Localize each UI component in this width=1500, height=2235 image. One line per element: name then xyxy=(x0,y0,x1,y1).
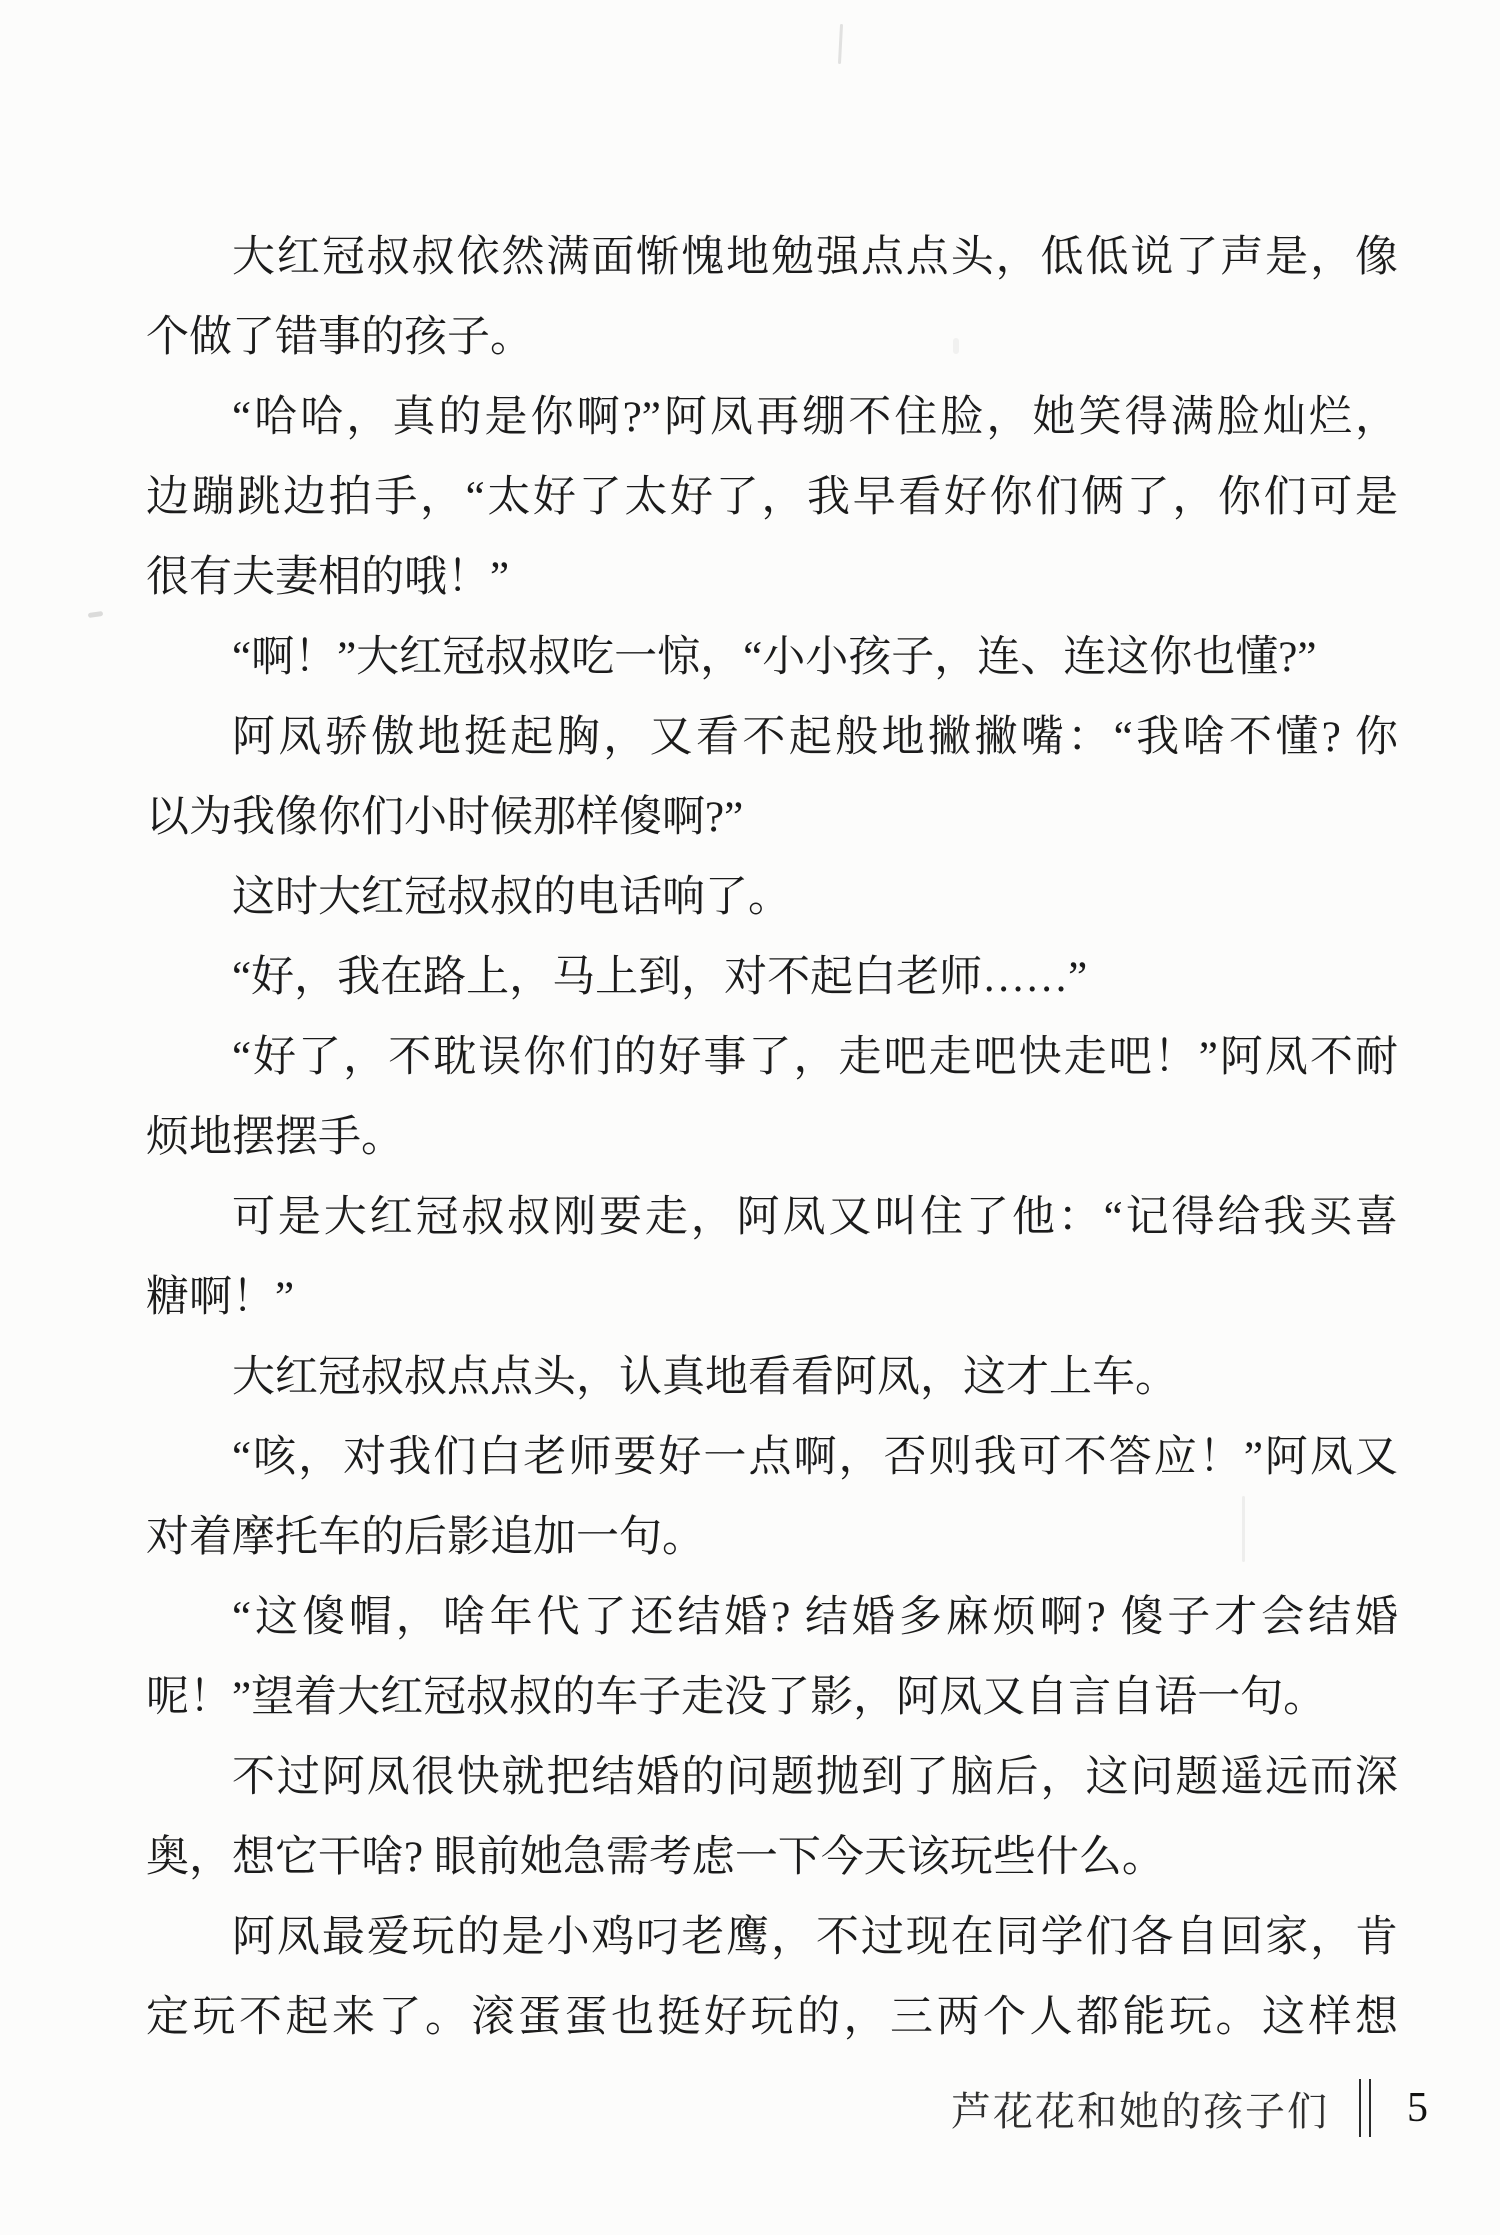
page-footer: 芦花花和她的孩子们 5 xyxy=(951,2076,1428,2140)
text-line: “哈哈，真的是你啊?”阿凤再绷不住脸，她笑得满脸灿烂， xyxy=(146,378,1398,458)
running-title: 芦花花和她的孩子们 xyxy=(951,2080,1329,2137)
text-line: 呢！”望着大红冠叔叔的车子走没了影，阿凤又自言自语一句。 xyxy=(146,1658,1398,1738)
double-bar-icon xyxy=(1359,2079,1371,2137)
text-line: “啊！”大红冠叔叔吃一惊，“小小孩子，连、连这你也懂?” xyxy=(146,618,1398,698)
text-line: 定玩不起来了。滚蛋蛋也挺好玩的，三两个人都能玩。这样想 xyxy=(146,1978,1398,2058)
text-line: “好了，不耽误你们的好事了，走吧走吧快走吧！”阿凤不耐 xyxy=(146,1018,1398,1098)
text-line: 以为我像你们小时候那样傻啊?” xyxy=(146,778,1398,858)
text-line: “好，我在路上，马上到，对不起白老师……” xyxy=(146,938,1398,1018)
text-line: “咳，对我们白老师要好一点啊，否则我可不答应！”阿凤又 xyxy=(146,1418,1398,1498)
text-line: 这时大红冠叔叔的电话响了。 xyxy=(146,858,1398,938)
page-text: 大红冠叔叔依然满面惭愧地勉强点点头，低低说了声是，像个做了错事的孩子。“哈哈，真… xyxy=(146,218,1398,2058)
text-line: 边蹦跳边拍手，“太好了太好了，我早看好你们俩了，你们可是 xyxy=(146,458,1398,538)
text-line: 阿凤骄傲地挺起胸，又看不起般地撇撇嘴：“我啥不懂? 你 xyxy=(146,698,1398,778)
text-line: “这傻帽，啥年代了还结婚? 结婚多麻烦啊? 傻子才会结婚 xyxy=(146,1578,1398,1658)
page-number: 5 xyxy=(1407,2084,1428,2132)
text-line: 烦地摆摆手。 xyxy=(146,1098,1398,1178)
text-line: 可是大红冠叔叔刚要走，阿凤又叫住了他：“记得给我买喜 xyxy=(146,1178,1398,1258)
scan-artifact xyxy=(838,24,843,64)
scan-artifact xyxy=(88,611,104,618)
text-line: 大红冠叔叔点点头，认真地看看阿凤，这才上车。 xyxy=(146,1338,1398,1418)
text-line: 个做了错事的孩子。 xyxy=(146,298,1398,378)
text-line: 不过阿凤很快就把结婚的问题抛到了脑后，这问题遥远而深 xyxy=(146,1738,1398,1818)
text-line: 糖啊！” xyxy=(146,1258,1398,1338)
book-page: 大红冠叔叔依然满面惭愧地勉强点点头，低低说了声是，像个做了错事的孩子。“哈哈，真… xyxy=(0,0,1500,2235)
text-line: 阿凤最爱玩的是小鸡叼老鹰，不过现在同学们各自回家，肯 xyxy=(146,1898,1398,1978)
text-line: 很有夫妻相的哦！” xyxy=(146,538,1398,618)
text-line: 对着摩托车的后影追加一句。 xyxy=(146,1498,1398,1578)
text-line: 大红冠叔叔依然满面惭愧地勉强点点头，低低说了声是，像 xyxy=(146,218,1398,298)
text-line: 奥，想它干啥? 眼前她急需考虑一下今天该玩些什么。 xyxy=(146,1818,1398,1898)
